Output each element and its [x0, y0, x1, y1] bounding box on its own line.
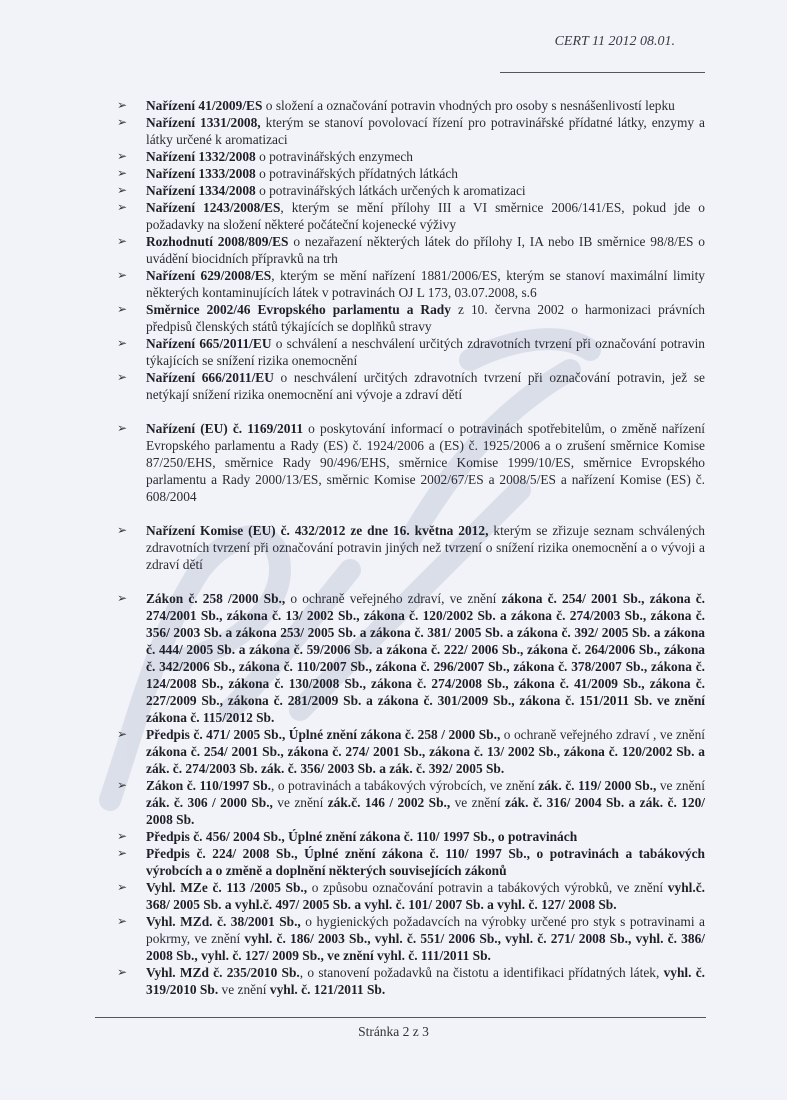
- regulation-description: ve znění: [273, 795, 328, 810]
- list-item: ➢Nařízení 629/2008/ES, kterým se mění na…: [117, 267, 705, 301]
- arrow-bullet-icon: ➢: [117, 777, 127, 794]
- footer-divider: [95, 1017, 706, 1018]
- list-item: ➢Nařízení 665/2011/EU o schválení a nesc…: [117, 335, 705, 369]
- regulation-citation: Nařízení 665/2011/EU: [146, 336, 272, 351]
- regulation-citation: Rozhodnutí 2008/809/ES: [146, 234, 289, 249]
- arrow-bullet-icon: ➢: [117, 97, 127, 114]
- list-item: ➢Nařízení 41/2009/ES o složení a označov…: [117, 97, 705, 114]
- regulation-description: o složení a označování potravin vhodných…: [262, 98, 674, 113]
- regulation-description: o potravinářských enzymech: [256, 149, 413, 164]
- list-item: ➢Nařízení 1332/2008 o potravinářských en…: [117, 148, 705, 165]
- regulation-description: o způsobu označování potravin a tabákový…: [307, 880, 668, 895]
- regulation-description: , o stanovení požadavků na čistotu a ide…: [300, 965, 664, 980]
- arrow-bullet-icon: ➢: [117, 845, 127, 862]
- list-item: ➢Nařízení 666/2011/EU o neschválení urči…: [117, 369, 705, 403]
- arrow-bullet-icon: ➢: [117, 199, 127, 216]
- arrow-bullet-icon: ➢: [117, 590, 127, 607]
- regulation-citation: Nařízení Komise (EU) č. 432/2012 ze dne …: [146, 523, 488, 538]
- regulation-citation: zák.č. 146 / 2002 Sb.,: [328, 795, 451, 810]
- arrow-bullet-icon: ➢: [117, 726, 127, 743]
- arrow-bullet-icon: ➢: [117, 828, 127, 845]
- regulation-citation: zák. č. 306 / 2000 Sb.,: [146, 795, 273, 810]
- regulation-citation: Vyhl. MZe č. 113 /2005 Sb.,: [146, 880, 307, 895]
- legislation-list: ➢Nařízení 41/2009/ES o složení a označov…: [117, 97, 705, 998]
- regulation-citation: Nařízení 629/2008/ES: [146, 268, 271, 283]
- regulation-description: ve znění: [450, 795, 505, 810]
- regulation-citation: Nařízení 1332/2008: [146, 149, 256, 164]
- arrow-bullet-icon: ➢: [117, 964, 127, 981]
- regulation-citation: Zákon č. 258 /2000 Sb.,: [146, 591, 285, 606]
- arrow-bullet-icon: ➢: [117, 114, 127, 131]
- arrow-bullet-icon: ➢: [117, 165, 127, 182]
- regulation-citation: Nařízení 1333/2008: [146, 166, 256, 181]
- regulation-citation: zák. č. 119/ 2000 Sb.,: [538, 778, 656, 793]
- regulation-description: o potravinářských látkách určených k aro…: [256, 183, 526, 198]
- regulation-citation: Předpis č. 471/ 2005 Sb., Úplné znění zá…: [146, 727, 500, 742]
- list-item: ➢Vyhl. MZd č. 235/2010 Sb., o stanovení …: [117, 964, 705, 998]
- list-item: ➢Nařízení 1331/2008, kterým se stanoví p…: [117, 114, 705, 148]
- regulation-citation: Nařízení (EU) č. 1169/2011: [146, 421, 303, 436]
- regulation-citation: Zákon č. 110/1997 Sb.: [146, 778, 271, 793]
- regulation-citation: Vyhl. MZd č. 235/2010 Sb.: [146, 965, 300, 980]
- arrow-bullet-icon: ➢: [117, 182, 127, 199]
- regulation-citation: Nařízení 41/2009/ES: [146, 98, 262, 113]
- list-item: ➢Nařízení 1243/2008/ES, kterým se mění p…: [117, 199, 705, 233]
- header-divider: [500, 72, 705, 73]
- list-item: ➢Předpis č. 456/ 2004 Sb., Úplné znění z…: [117, 828, 705, 845]
- regulation-citation: vyhl. č. 121/2011 Sb.: [270, 982, 385, 997]
- arrow-bullet-icon: ➢: [117, 148, 127, 165]
- list-item: ➢Nařízení Komise (EU) č. 432/2012 ze dne…: [117, 522, 705, 573]
- arrow-bullet-icon: ➢: [117, 420, 127, 437]
- spacer: [117, 403, 705, 420]
- regulation-citation: Nařízení 666/2011/EU: [146, 370, 274, 385]
- list-item: ➢Vyhl. MZd. č. 38/2001 Sb., o hygienický…: [117, 913, 705, 964]
- page-number: Stránka 2 z 3: [0, 1024, 787, 1040]
- regulation-citation: Nařízení 1331/2008,: [146, 115, 261, 130]
- regulation-citation: Nařízení 1334/2008: [146, 183, 256, 198]
- spacer: [117, 505, 705, 522]
- arrow-bullet-icon: ➢: [117, 522, 127, 539]
- list-item: ➢Zákon č. 258 /2000 Sb., o ochraně veřej…: [117, 590, 705, 726]
- regulation-description: ve znění: [218, 982, 270, 997]
- list-item: ➢Předpis č. 471/ 2005 Sb., Úplné znění z…: [117, 726, 705, 777]
- list-item: ➢Rozhodnutí 2008/809/ES o nezařazení něk…: [117, 233, 705, 267]
- regulation-citation: zákona č. 254/ 2001 Sb., zákona č. 274/2…: [146, 591, 705, 725]
- document-reference: CERT 11 2012 08.01.: [555, 34, 675, 50]
- regulation-description: o ochraně veřejného zdraví , ve znění: [500, 727, 705, 742]
- arrow-bullet-icon: ➢: [117, 233, 127, 250]
- regulation-description: , o potravinách a tabákových výrobcích, …: [271, 778, 538, 793]
- regulation-citation: zákona č. 254/ 2001 Sb., zákona č. 274/ …: [146, 744, 705, 776]
- regulation-citation: Směrnice 2002/46 Evropského parlamentu a…: [146, 302, 451, 317]
- list-item: ➢Předpis č. 224/ 2008 Sb., Úplné znění z…: [117, 845, 705, 879]
- arrow-bullet-icon: ➢: [117, 369, 127, 386]
- regulation-description: o ochraně veřejného zdraví, ve znění: [285, 591, 501, 606]
- arrow-bullet-icon: ➢: [117, 301, 127, 318]
- regulation-citation: Předpis č. 224/ 2008 Sb., Úplné znění zá…: [146, 846, 705, 878]
- spacer: [117, 573, 705, 590]
- regulation-citation: Vyhl. MZd. č. 38/2001 Sb.,: [146, 914, 301, 929]
- list-item: ➢Nařízení (EU) č. 1169/2011 o poskytován…: [117, 420, 705, 505]
- list-item: ➢Zákon č. 110/1997 Sb., o potravinách a …: [117, 777, 705, 828]
- regulation-description: o potravinářských přídatných látkách: [256, 166, 458, 181]
- arrow-bullet-icon: ➢: [117, 879, 127, 896]
- regulation-citation: Nařízení 1243/2008/ES: [146, 200, 280, 215]
- list-item: ➢Nařízení 1334/2008 o potravinářských lá…: [117, 182, 705, 199]
- list-item: ➢Nařízení 1333/2008 o potravinářských př…: [117, 165, 705, 182]
- arrow-bullet-icon: ➢: [117, 335, 127, 352]
- arrow-bullet-icon: ➢: [117, 913, 127, 930]
- regulation-description: ve znění: [656, 778, 705, 793]
- arrow-bullet-icon: ➢: [117, 267, 127, 284]
- list-item: ➢Vyhl. MZe č. 113 /2005 Sb., o způsobu o…: [117, 879, 705, 913]
- list-item: ➢Směrnice 2002/46 Evropského parlamentu …: [117, 301, 705, 335]
- document-page: CERT 11 2012 08.01. ➢Nařízení 41/2009/ES…: [0, 0, 787, 1100]
- regulation-citation: Předpis č. 456/ 2004 Sb., Úplné znění zá…: [146, 829, 577, 844]
